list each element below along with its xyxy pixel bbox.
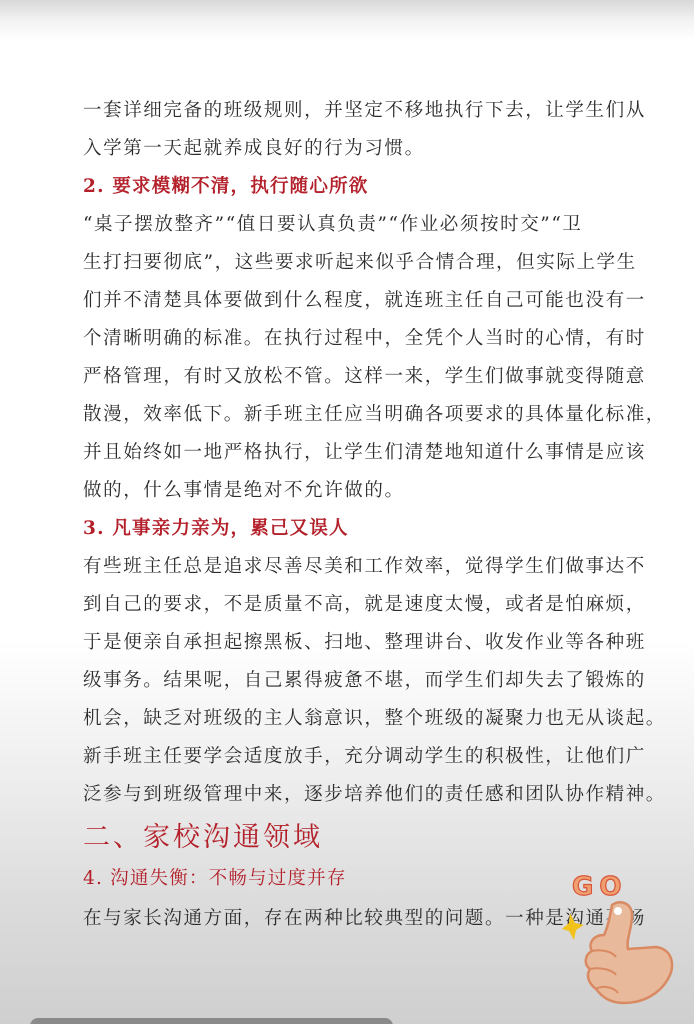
body-text-line: 并且始终如一地严格执行，让学生们清楚地知道什么事情是应该 [83, 434, 663, 472]
body-text-line: “桌子摆放整齐”“值日要认真负责”“作业必须按时交”“卫 [83, 206, 663, 244]
chapter-heading: 二、家校沟通领域 [83, 816, 663, 860]
scroll-bar[interactable] [30, 1018, 393, 1024]
body-text-line: 入学第一天起就养成良好的行为习惯。 [83, 130, 663, 168]
section-heading-2: 2. 要求模糊不清，执行随心所欲 [83, 168, 663, 206]
go-thumbs-up-sticker: GO [560, 865, 690, 1015]
document-page: 一套详细完备的班级规则，并坚定不移地执行下去，让学生们从 入学第一天起就养成良好… [83, 92, 663, 938]
body-text-line: 于是便亲自承担起擦黑板、扫地、整理讲台、收发作业等各种班 [83, 624, 663, 662]
body-text-line: 泛参与到班级管理中来，逐步培养他们的责任感和团队协作精神。 [83, 776, 663, 814]
body-text-line: 做的，什么事情是绝对不允许做的。 [83, 472, 663, 510]
section-heading-3: 3. 凡事亲力亲为，累己又误人 [83, 510, 663, 548]
body-text-line: 到自己的要求，不是质量不高，就是速度太慢，或者是怕麻烦， [83, 586, 663, 624]
body-text-line: 个清晰明确的标准。在执行过程中，全凭个人当时的心情，有时 [83, 320, 663, 358]
body-text-line: 级事务。结果呢，自己累得疲惫不堪，而学生们却失去了锻炼的 [83, 662, 663, 700]
body-text-line: 新手班主任要学会适度放手，充分调动学生的积极性，让他们广 [83, 738, 663, 776]
thumbs-up-icon: GO [560, 865, 690, 1015]
body-text-line: 有些班主任总是追求尽善尽美和工作效率，觉得学生们做事达不 [83, 548, 663, 586]
body-text-line: 们并不清楚具体要做到什么程度，就连班主任自己可能也没有一 [83, 282, 663, 320]
body-text-line: 散漫，效率低下。新手班主任应当明确各项要求的具体量化标准， [83, 396, 663, 434]
body-text-line: 严格管理，有时又放松不管。这样一来，学生们做事就变得随意 [83, 358, 663, 396]
body-text-line: 机会，缺乏对班级的主人翁意识，整个班级的凝聚力也无从谈起。 [83, 700, 663, 738]
svg-text:GO: GO [572, 872, 627, 902]
body-text-line: 一套详细完备的班级规则，并坚定不移地执行下去，让学生们从 [83, 92, 663, 130]
body-text-line: 生打扫要彻底”，这些要求听起来似乎合情合理，但实际上学生 [83, 244, 663, 282]
